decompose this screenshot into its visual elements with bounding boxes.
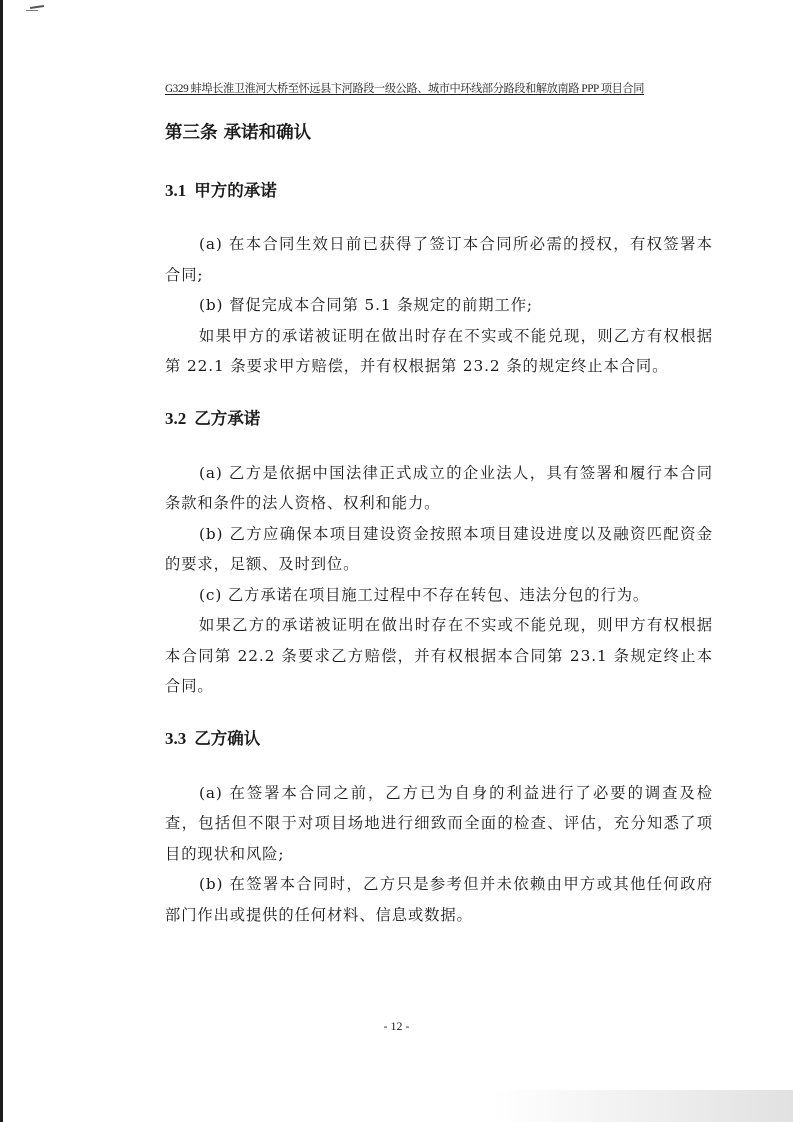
paragraph: 如果乙方的承诺被证明在做出时存在不实或不能兑现，则甲方有权根据本合同第 22.2…: [165, 610, 713, 702]
page-number: - 12 -: [0, 1019, 793, 1034]
section-3-3: 3.3乙方确认 (a) 在签署本合同之前，乙方已为自身的利益进行了必要的调查及检…: [165, 724, 713, 931]
paragraph: (a) 乙方是依据中国法律正式成立的企业法人，具有签署和履行本合同条款和条件的法…: [165, 458, 713, 519]
paragraph: (a) 在签署本合同之前，乙方已为自身的利益进行了必要的调查及检查，包括但不限于…: [165, 778, 713, 870]
section-3-2: 3.2乙方承诺 (a) 乙方是依据中国法律正式成立的企业法人，具有签署和履行本合…: [165, 404, 713, 702]
scan-left-edge: [0, 0, 3, 1122]
section-title: 乙方承诺: [194, 409, 260, 428]
article-title: 第三条 承诺和确认: [165, 118, 713, 148]
section-heading: 3.1甲方的承诺: [165, 176, 713, 206]
paragraph: (b) 乙方应确保本项目建设资金按照本项目建设进度以及融资匹配资金的要求，足额、…: [165, 519, 713, 580]
section-number: 3.1: [165, 181, 186, 200]
section-title: 甲方的承诺: [194, 181, 277, 200]
scan-mark: [30, 5, 44, 9]
section-number: 3.3: [165, 729, 186, 748]
section-heading: 3.3乙方确认: [165, 724, 713, 754]
scan-shadow: [493, 1090, 793, 1122]
paragraph: (c) 乙方承诺在项目施工过程中不存在转包、违法分包的行为。: [165, 580, 713, 611]
section-3-1: 3.1甲方的承诺 (a) 在本合同生效日前已获得了签订本合同所必需的授权，有权签…: [165, 176, 713, 382]
scan-mark: [26, 10, 38, 11]
section-title: 乙方确认: [194, 729, 260, 748]
running-header: G329 蚌埠长淮卫淮河大桥至怀远县卞河路段一级公路、城市中环线部分路段和解放南…: [165, 80, 713, 96]
section-heading: 3.2乙方承诺: [165, 404, 713, 434]
paragraph: (b) 督促完成本合同第 5.1 条规定的前期工作;: [165, 290, 713, 321]
paragraph: (b) 在签署本合同时，乙方只是参考但并未依赖由甲方或其他任何政府部门作出或提供…: [165, 869, 713, 930]
paragraph: 如果甲方的承诺被证明在做出时存在不实或不能兑现，则乙方有权根据第 22.1 条要…: [165, 321, 713, 382]
paragraph: (a) 在本合同生效日前已获得了签订本合同所必需的授权，有权签署本合同;: [165, 229, 713, 290]
document-body: 第三条 承诺和确认 3.1甲方的承诺 (a) 在本合同生效日前已获得了签订本合同…: [165, 118, 713, 930]
section-number: 3.2: [165, 409, 186, 428]
